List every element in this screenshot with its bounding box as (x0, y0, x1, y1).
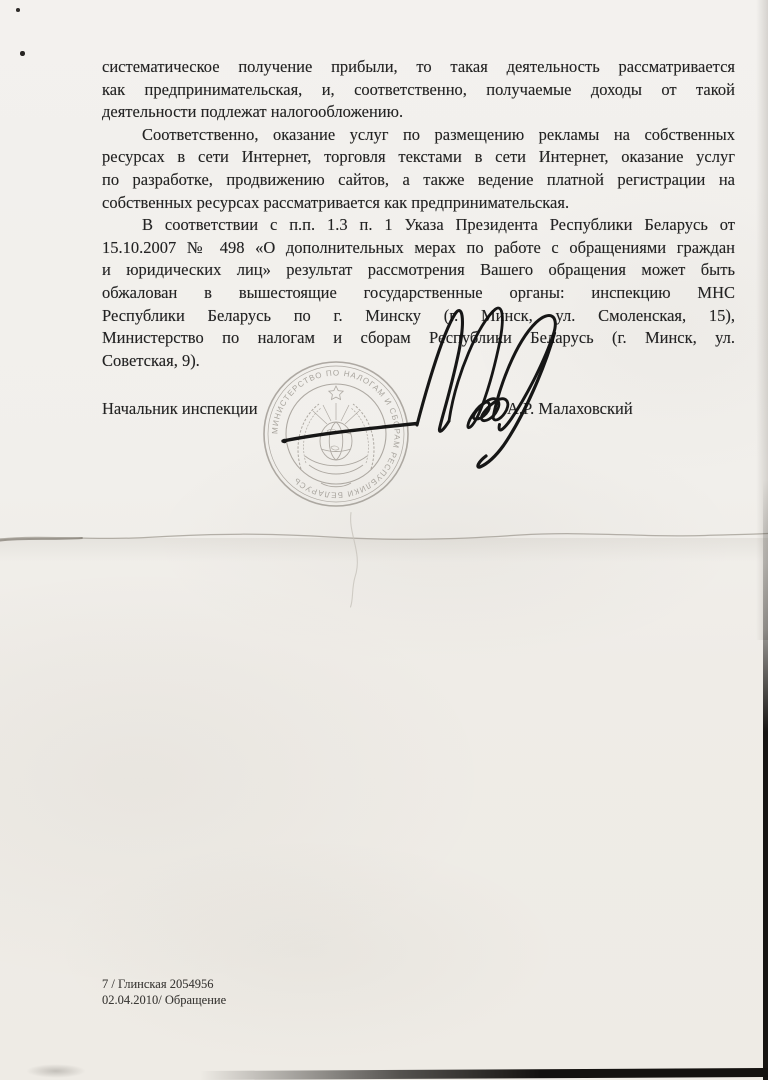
scan-smudge (26, 1064, 86, 1078)
scanned-letter-page: систематическое получение прибыли, то та… (0, 0, 768, 1080)
scan-overlay (0, 0, 768, 1080)
handwritten-signature (282, 308, 555, 467)
document-footer: 7 / Глинская 2054956 02.04.2010/ Обращен… (102, 976, 226, 1008)
paper-fold-crease (0, 513, 768, 608)
footer-date-line: 02.04.2010/ Обращение (102, 992, 226, 1008)
scan-edge-right (763, 480, 768, 1080)
footer-reference-line: 7 / Глинская 2054956 (102, 976, 226, 992)
